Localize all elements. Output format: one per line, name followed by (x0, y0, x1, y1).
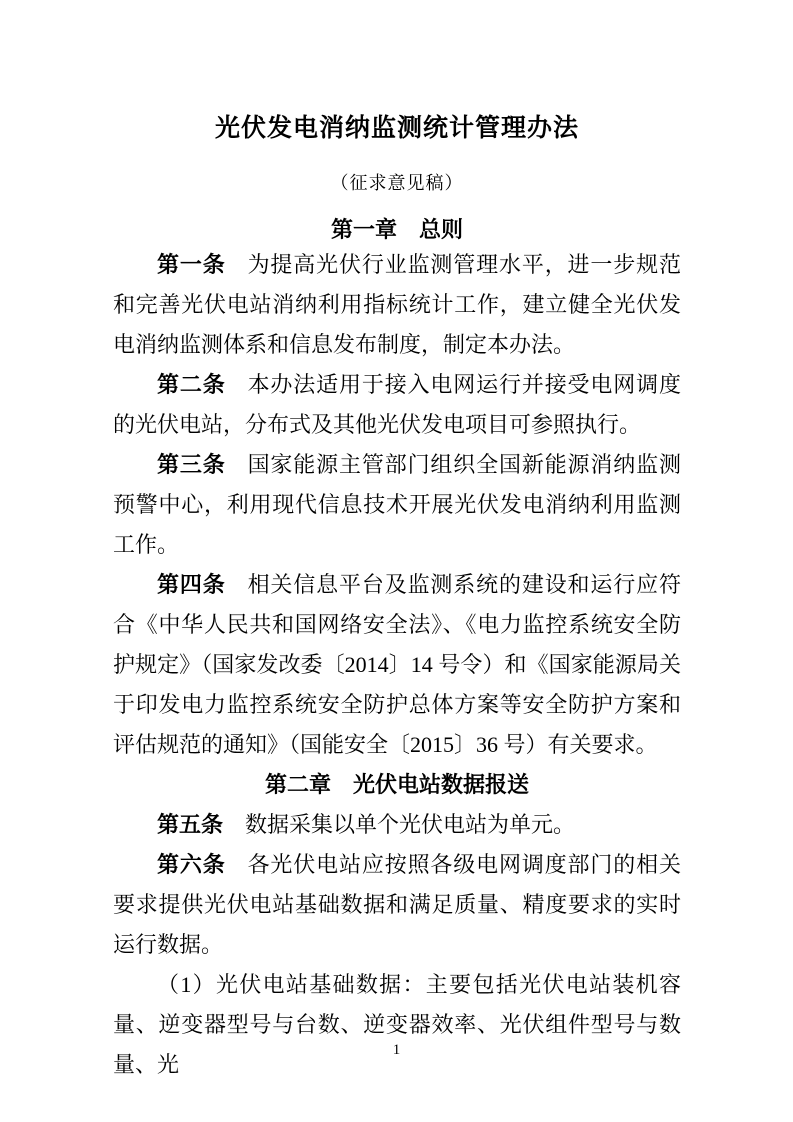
article-1-paragraph: 第一条为提高光伏行业监测管理水平，进一步规范和完善光伏电站消纳利用指标统计工作，… (113, 245, 681, 365)
page-number: 1 (0, 1040, 793, 1060)
article-4-text: 相关信息平台及监测系统的建设和运行应符合《中华人民共和国网络安全法》、《电力监控… (113, 572, 681, 757)
document-content: 光伏发电消纳监测统计管理办法 （征求意见稿） 第一章 总则 第一条为提高光伏行业… (113, 0, 681, 1085)
article-2-label: 第二条 (157, 372, 226, 397)
document-title: 光伏发电消纳监测统计管理办法 (113, 112, 681, 146)
article-6-paragraph: 第六条各光伏电站应按照各级电网调度部门的相关要求提供光伏电站基础数据和满足质量、… (113, 845, 681, 965)
article-1-label: 第一条 (157, 252, 226, 277)
article-5-paragraph: 第五条数据采集以单个光伏电站为单元。 (113, 805, 681, 845)
article-2-paragraph: 第二条本办法适用于接入电网运行并接受电网调度的光伏电站，分布式及其他光伏发电项目… (113, 365, 681, 445)
document-page: 光伏发电消纳监测统计管理办法 （征求意见稿） 第一章 总则 第一条为提高光伏行业… (0, 0, 793, 1122)
article-3-paragraph: 第三条国家能源主管部门组织全国新能源消纳监测预警中心，利用现代信息技术开展光伏发… (113, 445, 681, 565)
article-4-paragraph: 第四条相关信息平台及监测系统的建设和运行应符合《中华人民共和国网络安全法》、《电… (113, 565, 681, 765)
chapter-1-heading: 第一章 总则 (113, 214, 681, 245)
article-6-label: 第六条 (157, 852, 226, 877)
article-5-text: 数据采集以单个光伏电站为单元。 (245, 812, 575, 837)
document-subtitle: （征求意见稿） (113, 172, 681, 194)
list-item-1-text: （1）光伏电站基础数据：主要包括光伏电站装机容量、逆变器型号与台数、逆变器效率、… (113, 972, 681, 1077)
article-3-label: 第三条 (157, 452, 226, 477)
article-5-label: 第五条 (157, 812, 223, 837)
chapter-2-heading: 第二章 光伏电站数据报送 (113, 765, 681, 805)
article-4-label: 第四条 (157, 572, 226, 597)
list-item-1-paragraph: （1）光伏电站基础数据：主要包括光伏电站装机容量、逆变器型号与台数、逆变器效率、… (113, 965, 681, 1085)
